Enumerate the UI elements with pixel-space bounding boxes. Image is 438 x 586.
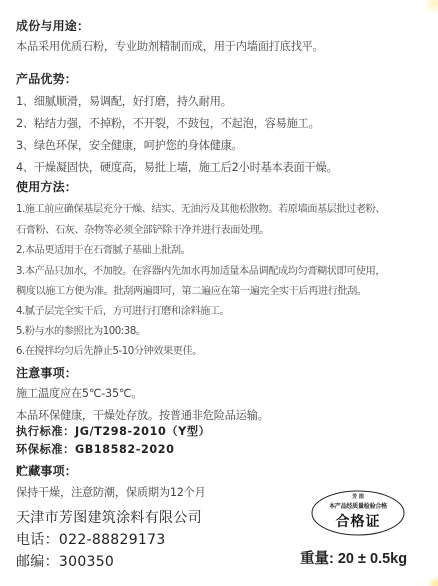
company-postcode: 邮编：300350: [16, 551, 114, 571]
storage-text: 保持干燥，注意防潮，保质期为12个月: [16, 484, 206, 500]
storage-heading: 贮藏事项：: [16, 462, 77, 479]
usage-line: 3.本产品只加水，不加胶。在容器内先加水再加适量本品调配成均匀膏糊状即可使用，: [16, 262, 385, 277]
certificate-brand: 芳 图: [310, 493, 406, 500]
product-label: 成份与用途： 本品采用优质石粉，专业助剂精制而成，用于内墙面打底找平。 产品优势…: [0, 0, 438, 586]
company-name: 天津市芳图建筑涂料有限公司: [16, 507, 202, 527]
usage-line: 1.施工前应确保基层充分干燥、结实、无油污及其他松散物。若原墙面基层批过老粉、: [16, 200, 385, 215]
certificate-title: 合格证: [310, 511, 406, 531]
company-phone: 电话：022-88829173: [16, 529, 166, 549]
usage-line: 5.粉与水的参照比为100:38。: [16, 322, 146, 337]
advantage-item: 3、绿色环保，安全健康，呵护您的身体健康。: [16, 137, 243, 153]
notes-line: 本品环保健康，干燥处存放。按普通非危险品运输。: [16, 407, 269, 423]
advantages-heading: 产品优势：: [16, 70, 77, 87]
advantage-item: 2、粘结力强，不掉粉，不开裂，不鼓包，不起泡，容易施工。: [16, 115, 320, 131]
usage-line: 石膏粉、石灰、杂物等必须全部铲除干净并进行表面处理。: [16, 221, 269, 236]
composition-heading: 成份与用途：: [16, 17, 89, 34]
net-weight: 重量: 20 ± 0.5kg: [300, 547, 407, 568]
advantage-item: 1、细腻顺滑，易调配，好打磨，持久耐用。: [16, 93, 232, 109]
execution-standard: 执行标准：JG/T298-2010（Y型）: [16, 423, 210, 439]
composition-text: 本品采用优质石粉，专业助剂精制而成，用于内墙面打底找平。: [16, 38, 324, 54]
usage-line: 2.本品更适用于在石膏腻子基础上批刮。: [16, 241, 190, 256]
usage-line: 6.在搅拌均匀后先静止5-10分钟效果更佳。: [16, 342, 202, 357]
usage-heading: 使用方法：: [16, 178, 77, 195]
advantage-item: 4、干燥凝固快，硬度高，易批上墙，施工后2小时基本表面干燥。: [16, 159, 338, 175]
environmental-standard: 环保标准：GB18582-2020: [16, 441, 175, 457]
notes-line: 施工温度应在5℃-35℃。: [16, 385, 142, 401]
notes-heading: 注意事项：: [16, 364, 77, 381]
usage-line: 稠度以施工方便为准。批刮两遍即可，第二遍应在第一遍完全实干后再进行批刮。: [16, 282, 367, 297]
corner-highlight: [428, 576, 438, 586]
quality-certificate-seal: 芳 图 本产品经质量检验合格 合格证: [310, 489, 406, 537]
certificate-subtitle: 本产品经质量检验合格: [310, 501, 406, 510]
usage-line: 4.腻子层完全实干后，方可进行打磨和涂料施工。: [16, 302, 229, 317]
corner-highlight: [424, 0, 438, 14]
